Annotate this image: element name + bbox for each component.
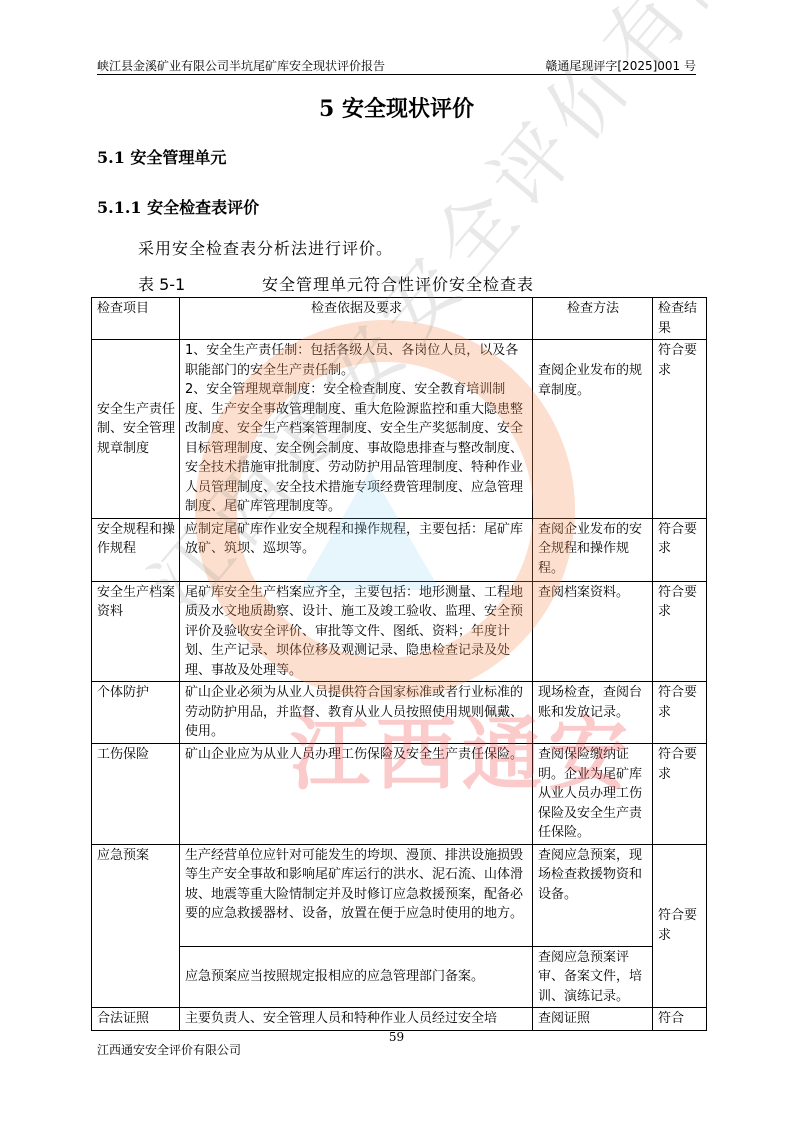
row-method: 查阅企业发布的安全规程和操作规程。 (533, 518, 653, 581)
row-requirement: 尾矿库安全生产档案应齐全，主要包括：地形测量、工程地质及水文地质勘察、设计、施工… (180, 581, 533, 682)
row-item: 安全生产档案资料 (92, 581, 180, 682)
row-item: 安全生产责任制、安全管理规章制度 (92, 340, 180, 519)
header-result: 检查结果 (653, 298, 707, 340)
row-item: 工伤保险 (92, 744, 180, 845)
row-result: 符合要求 (653, 581, 707, 682)
header-requirement: 检查依据及要求 (180, 298, 533, 340)
footer-company: 江西通安安全评价有限公司 (97, 1041, 241, 1058)
table-row: 合法证照 主要负责人、安全管理人员和特种作业人员经过安全培 查阅证照 符合 (92, 1008, 707, 1031)
safety-checklist-table: 检查项目 检查依据及要求 检查方法 检查结果 安全生产责任制、安全管理规章制度 … (91, 297, 707, 1031)
table-row: 个体防护 矿山企业必须为从业人员提供符合国家标准或者行业标准的劳动防护用品，并监… (92, 682, 707, 744)
row-result: 符合 (653, 1008, 707, 1031)
row-result: 符合要求 (653, 340, 707, 519)
table-row: 工伤保险 矿山企业应为从业人员办理工伤保险及安全生产责任保险。 查阅保险缴纳证明… (92, 744, 707, 845)
requirement-line: 1、安全生产责任制：包括各级人员、各岗位人员，以及各职能部门的安全生产责任制。2… (185, 341, 528, 517)
row-method: 查阅档案资料。 (533, 581, 653, 682)
table-row: 安全生产责任制、安全管理规章制度 1、安全生产责任制：包括各级人员、各岗位人员，… (92, 340, 707, 519)
header-item: 检查项目 (92, 298, 180, 340)
row-item: 合法证照 (92, 1008, 180, 1031)
section-title: 5.1 安全管理单元 (97, 145, 226, 168)
row-result: 符合要求 (653, 844, 707, 1008)
row-requirement: 生产经营单位应针对可能发生的垮坝、漫顶、排洪设施损毁等生产安全事故和影响尾矿库运… (180, 844, 533, 946)
report-number: 赣通尾现评字[2025]001 号 (545, 57, 696, 74)
row-requirement: 应制定尾矿库作业安全规程和操作规程，主要包括：尾矿库放矿、筑坝、巡坝等。 (180, 518, 533, 581)
subsection-title: 5.1.1 安全检查表评价 (97, 195, 259, 218)
table-row: 安全生产档案资料 尾矿库安全生产档案应齐全，主要包括：地形测量、工程地质及水文地… (92, 581, 707, 682)
table-row: 安全规程和操作规程 应制定尾矿库作业安全规程和操作规程，主要包括：尾矿库放矿、筑… (92, 518, 707, 581)
row-method: 查阅应急预案，现场检查救援物资和设备。 (533, 844, 653, 946)
table-caption-number: 表 5-1 (138, 272, 185, 295)
row-requirement: 矿山企业必须为从业人员提供符合国家标准或者行业标准的劳动防护用品，并监督、教育从… (180, 682, 533, 744)
row-item: 应急预案 (92, 844, 180, 1008)
row-item: 个体防护 (92, 682, 180, 744)
row-requirement: 矿山企业应为从业人员办理工伤保险及安全生产责任保险。 (180, 744, 533, 845)
row-method: 查阅应急预案评审、备案文件，培训、演练记录。 (533, 946, 653, 1008)
row-requirement: 主要负责人、安全管理人员和特种作业人员经过安全培 (180, 1008, 533, 1031)
table-row: 应急预案 生产经营单位应针对可能发生的垮坝、漫顶、排洪设施损毁等生产安全事故和影… (92, 844, 707, 946)
body-paragraph: 采用安全检查表分析法进行评价。 (138, 236, 393, 259)
row-method: 查阅保险缴纳证明。企业为尾矿库从业人员办理工伤保险及安全生产责任保险。 (533, 744, 653, 845)
table-header-row: 检查项目 检查依据及要求 检查方法 检查结果 (92, 298, 707, 340)
row-result: 符合要求 (653, 682, 707, 744)
row-requirement: 应急预案应当按照规定报相应的应急管理部门备案。 (180, 946, 533, 1008)
table-subrow: 应急预案应当按照规定报相应的应急管理部门备案。 查阅应急预案评审、备案文件，培训… (92, 946, 707, 1008)
row-item: 安全规程和操作规程 (92, 518, 180, 581)
row-result: 符合要求 (653, 744, 707, 845)
row-method: 查阅证照 (533, 1008, 653, 1031)
chapter-title: 5 安全现状评价 (0, 92, 793, 123)
row-result: 符合要求 (653, 518, 707, 581)
table-caption-title: 安全管理单元符合性评价安全检查表 (262, 272, 534, 295)
row-requirement: 1、安全生产责任制：包括各级人员、各岗位人员，以及各职能部门的安全生产责任制。2… (180, 340, 533, 519)
report-title: 峡江县金溪矿业有限公司半坑尾矿库安全现状评价报告 (97, 57, 385, 74)
row-method: 现场检查，查阅台账和发放记录。 (533, 682, 653, 744)
header-method: 检查方法 (533, 298, 653, 340)
page-header: 峡江县金溪矿业有限公司半坑尾矿库安全现状评价报告 赣通尾现评字[2025]001… (97, 56, 696, 75)
row-method: 查阅企业发布的规章制度。 (533, 340, 653, 519)
